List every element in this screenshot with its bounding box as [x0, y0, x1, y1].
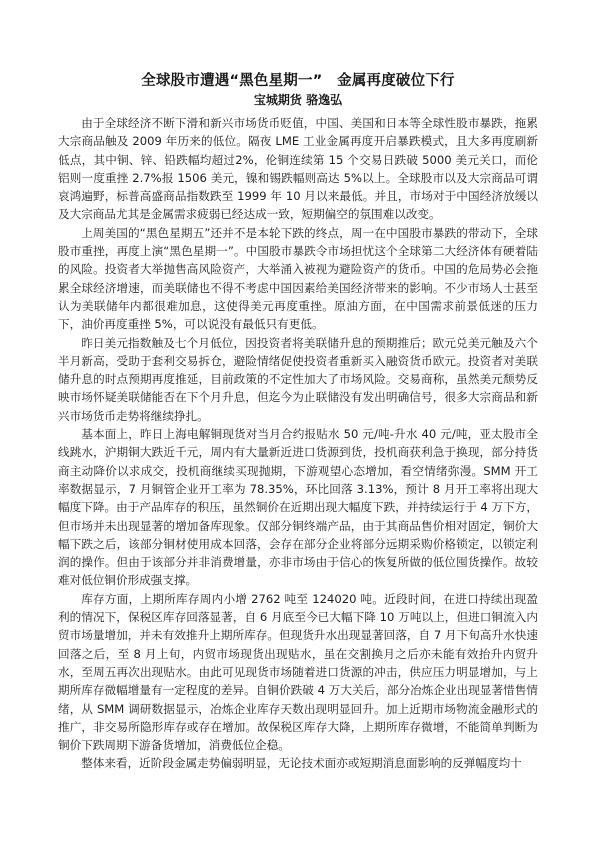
- article-paragraph: 库存方面，上期所库存周内小增 2762 吨至 124020 吨。近段时间，在进口…: [58, 590, 538, 755]
- article-title: 全球股市遭遇“黑色星期一” 金属再度破位下行: [58, 71, 538, 91]
- article-body: 由于全球经济不断下滑和新兴市场货币贬值，中国、美国和日本等全球性股市暴跌，拖累大…: [58, 114, 538, 773]
- article-author: 宝城期货 骆逸弘: [58, 91, 538, 110]
- document-page: 全球股市遭遇“黑色星期一” 金属再度破位下行 宝城期货 骆逸弘 由于全球经济不断…: [0, 0, 595, 842]
- article-paragraph: 上周美国的“黑色星期五”还并不是本轮下跌的终点，周一在中国股市暴跌的带动下，全球…: [58, 224, 538, 334]
- article-paragraph: 昨日美元指数触及七个月低位，因投资者将美联储升息的预期推后；欧元兑美元触及六个半…: [58, 334, 538, 425]
- article-paragraph: 整体来看，近阶段金属走势偏弱明显，无论技术面亦或短期消息面影响的反弹幅度均十: [58, 754, 538, 772]
- article-paragraph: 基本面上，昨日上海电解铜现货对当月合约报贴水 50 元/吨-升水 40 元/吨，…: [58, 425, 538, 590]
- article-paragraph: 由于全球经济不断下滑和新兴市场货币贬值，中国、美国和日本等全球性股市暴跌，拖累大…: [58, 114, 538, 224]
